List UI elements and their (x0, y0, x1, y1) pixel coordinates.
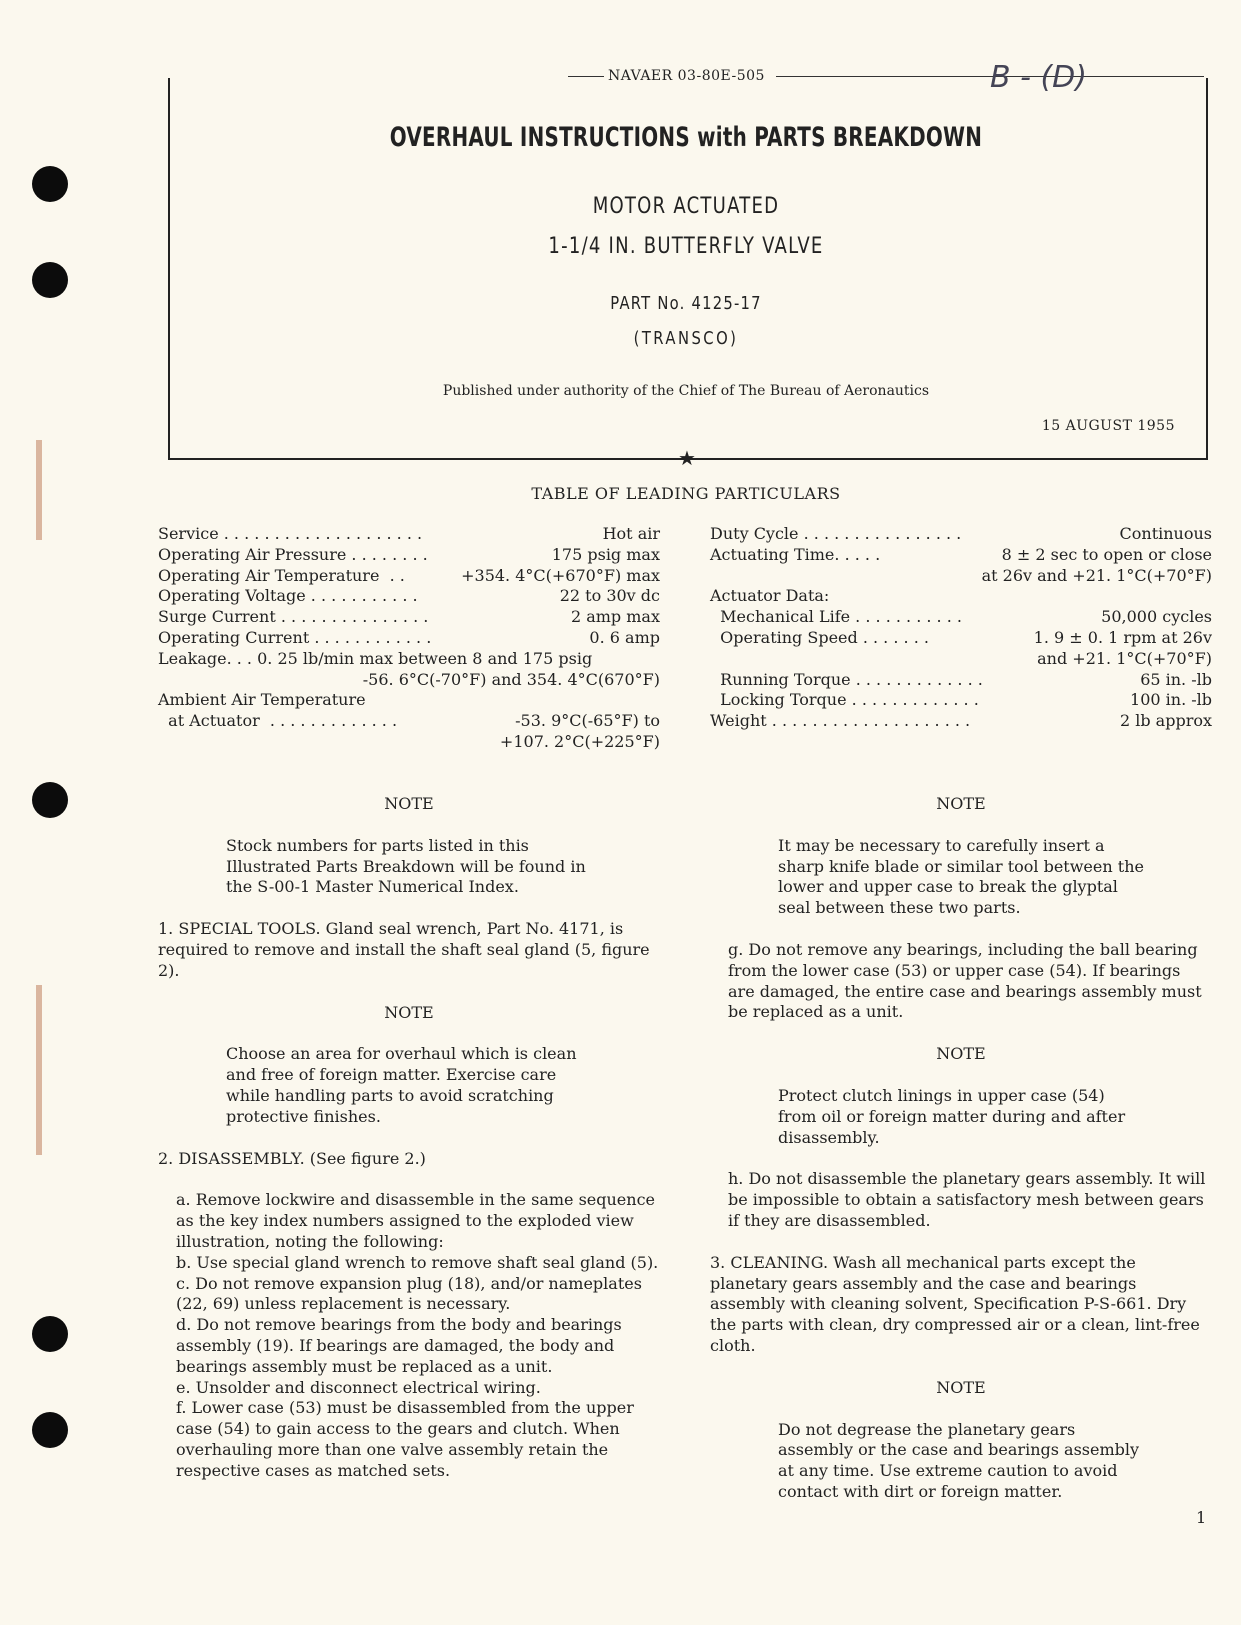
step-f: f. Lower case (53) must be disassembled … (158, 1398, 660, 1481)
spec-label: Surge Current . . . . . . . . . . . . . … (158, 607, 428, 628)
spec-row: Operating Current . . . . . . . . . . . … (158, 628, 660, 649)
special-tools-paragraph: 1. SPECIAL TOOLS. Gland seal wrench, Par… (158, 919, 660, 981)
page-number: 1 (1196, 1508, 1206, 1527)
spec-value: 50,000 cycles (1101, 607, 1212, 628)
spec-value: 65 in. -lb (1140, 670, 1212, 691)
spec-row: Actuating Time. . . . .8 ± 2 sec to open… (710, 545, 1212, 566)
spec-value: and +21. 1°C(+70°F) (1037, 649, 1212, 670)
spec-row: Service . . . . . . . . . . . . . . . . … (158, 524, 660, 545)
particulars-left: Service . . . . . . . . . . . . . . . . … (158, 524, 660, 753)
subtitle-line1: MOTOR ACTUATED (123, 194, 1241, 219)
note-heading: NOTE (710, 794, 1212, 815)
note-heading: NOTE (710, 1378, 1212, 1399)
note-heading: NOTE (710, 1044, 1212, 1065)
left-column: NOTE Stock numbers for parts listed in t… (158, 794, 660, 1482)
spec-row: +107. 2°C(+225°F) (158, 732, 660, 753)
right-column: NOTE It may be necessary to carefully in… (710, 794, 1212, 1503)
spec-label: Actuating Time. . . . . (710, 545, 880, 566)
manufacturer: (TRANSCO) (123, 328, 1241, 349)
step-b: b. Use special gland wrench to remove sh… (158, 1253, 660, 1274)
binder-hole (32, 166, 68, 202)
spec-row: Locking Torque . . . . . . . . . . . . .… (710, 690, 1212, 711)
step-d: d. Do not remove bearings from the body … (158, 1315, 660, 1377)
spec-value: at 26v and +21. 1°C(+70°F) (982, 566, 1212, 587)
spec-value: 2 amp max (571, 607, 660, 628)
particulars-right: Duty Cycle . . . . . . . . . . . . . . .… (710, 524, 1212, 732)
spec-value: 100 in. -lb (1130, 690, 1212, 711)
spec-value: +354. 4°C(+670°F) max (461, 566, 660, 587)
spec-row: Ambient Air Temperature (158, 690, 660, 711)
spec-row: Leakage. . . 0. 25 lb/min max between 8 … (158, 649, 660, 670)
star-icon: ★ (678, 446, 696, 470)
spec-label: Operating Speed . . . . . . . (710, 628, 929, 649)
spec-value: 8 ± 2 sec to open or close (1002, 545, 1212, 566)
binder-hole (32, 1316, 68, 1352)
spec-value: -53. 9°C(-65°F) to (515, 711, 660, 732)
spec-row: Operating Air Pressure . . . . . . . .17… (158, 545, 660, 566)
spec-row: Duty Cycle . . . . . . . . . . . . . . .… (710, 524, 1212, 545)
spec-label: Operating Air Pressure . . . . . . . . (158, 545, 428, 566)
spec-row: -56. 6°C(-70°F) and 354. 4°C(670°F) (158, 670, 660, 691)
spec-label: Running Torque . . . . . . . . . . . . . (710, 670, 983, 691)
subtitle-line2: 1-1/4 IN. BUTTERFLY VALVE (123, 234, 1241, 259)
spec-value: +107. 2°C(+225°F) (500, 732, 660, 753)
spec-label: Leakage. . . 0. 25 lb/min max between 8 … (158, 649, 592, 670)
spec-row: Actuator Data: (710, 586, 1212, 607)
spec-row: Running Torque . . . . . . . . . . . . .… (710, 670, 1212, 691)
spec-value: -56. 6°C(-70°F) and 354. 4°C(670°F) (363, 670, 660, 691)
spec-label: Duty Cycle . . . . . . . . . . . . . . .… (710, 524, 961, 545)
spec-row: Operating Air Temperature . .+354. 4°C(+… (158, 566, 660, 587)
spec-label: Mechanical Life . . . . . . . . . . . (710, 607, 962, 628)
step-g: g. Do not remove any bearings, including… (710, 940, 1212, 1023)
step-e: e. Unsolder and disconnect electrical wi… (158, 1378, 660, 1399)
note-body: Choose an area for overhaul which is cle… (226, 1044, 592, 1127)
spec-label: at Actuator . . . . . . . . . . . . . (158, 711, 397, 732)
spec-row: and +21. 1°C(+70°F) (710, 649, 1212, 670)
paper-stain (36, 985, 42, 1155)
disassembly-heading: 2. DISASSEMBLY. (See figure 2.) (158, 1149, 660, 1170)
particulars-heading: TABLE OF LEADING PARTICULARS (0, 484, 1241, 503)
authority-line: Published under authority of the Chief o… (0, 383, 1241, 399)
step-h: h. Do not disassemble the planetary gear… (710, 1169, 1212, 1231)
spec-label: Locking Torque . . . . . . . . . . . . . (710, 690, 979, 711)
binder-hole (32, 1412, 68, 1448)
spec-label: Weight . . . . . . . . . . . . . . . . .… (710, 711, 970, 732)
note-body: Protect clutch linings in upper case (54… (778, 1086, 1144, 1148)
spec-value: 1. 9 ± 0. 1 rpm at 26v (1034, 628, 1212, 649)
spec-row: Operating Voltage . . . . . . . . . . .2… (158, 586, 660, 607)
spec-label: Operating Air Temperature . . (158, 566, 405, 587)
publication-date: 15 AUGUST 1955 (1042, 418, 1175, 434)
spec-label: Operating Voltage . . . . . . . . . . . (158, 586, 418, 607)
note-body: It may be necessary to carefully insert … (778, 836, 1144, 919)
spec-value: 175 psig max (552, 545, 660, 566)
note-body: Do not degrease the planetary gears asse… (778, 1420, 1144, 1503)
binder-hole (32, 262, 68, 298)
header-rule (568, 76, 604, 77)
note-body: Stock numbers for parts listed in this I… (226, 836, 592, 898)
spec-label: Service . . . . . . . . . . . . . . . . … (158, 524, 422, 545)
cleaning-paragraph: 3. CLEANING. Wash all mechanical parts e… (710, 1253, 1212, 1357)
spec-label: Actuator Data: (710, 586, 829, 607)
spec-row: at 26v and +21. 1°C(+70°F) (710, 566, 1212, 587)
spec-label: Operating Current . . . . . . . . . . . … (158, 628, 431, 649)
binder-hole (32, 782, 68, 818)
spec-row: at Actuator . . . . . . . . . . . . .-53… (158, 711, 660, 732)
spec-value: 2 lb approx (1120, 711, 1212, 732)
document-title: OVERHAUL INSTRUCTIONS with PARTS BREAKDO… (123, 122, 1241, 153)
part-number: PART No. 4125-17 (123, 293, 1241, 314)
step-c: c. Do not remove expansion plug (18), an… (158, 1274, 660, 1316)
spec-row: Surge Current . . . . . . . . . . . . . … (158, 607, 660, 628)
spec-label: Ambient Air Temperature (158, 690, 366, 711)
note-heading: NOTE (158, 794, 660, 815)
spec-row: Mechanical Life . . . . . . . . . . .50,… (710, 607, 1212, 628)
spec-value: Continuous (1120, 524, 1212, 545)
spec-value: Hot air (603, 524, 660, 545)
spec-row: Weight . . . . . . . . . . . . . . . . .… (710, 711, 1212, 732)
spec-row: Operating Speed . . . . . . .1. 9 ± 0. 1… (710, 628, 1212, 649)
spec-value: 22 to 30v dc (560, 586, 660, 607)
note-heading: NOTE (158, 1003, 660, 1024)
spec-value: 0. 6 amp (589, 628, 660, 649)
step-a: a. Remove lockwire and disassemble in th… (158, 1190, 660, 1252)
